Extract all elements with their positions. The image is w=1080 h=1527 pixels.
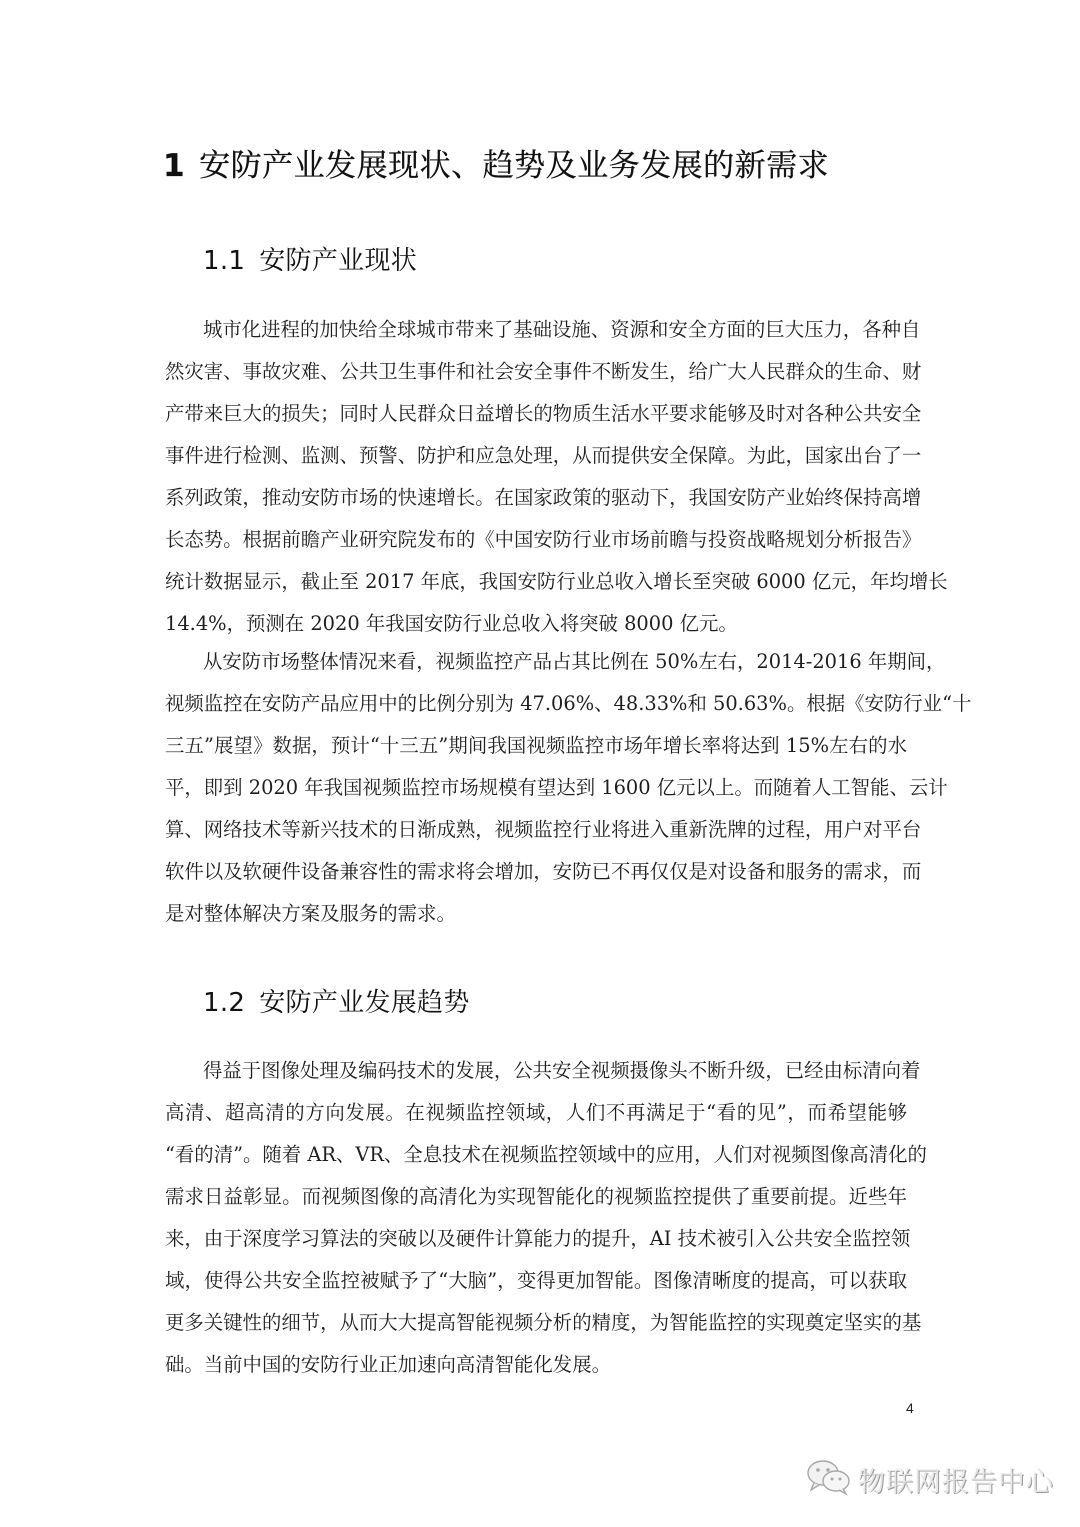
text-line: 产带来巨大的损失；同时人民群众日益增长的物质生活水平要求能够及时对各种公共安全 — [165, 393, 907, 435]
watermark-text: 物联网报告中心 — [858, 1460, 1054, 1499]
text-line: 需求日益彰显。而视频图像的高清化为实现智能化的视频监控提供了重要前提。近些年 — [165, 1176, 907, 1218]
heading-1-number: 1 — [163, 148, 185, 184]
heading-1-1-number: 1.1 — [203, 246, 245, 276]
heading-1-1: 1.1安防产业现状 — [203, 240, 417, 277]
text-line: 算、网络技术等新兴技术的日渐成熟，视频监控行业将进入重新洗牌的过程，用户对平台 — [165, 809, 907, 851]
heading-1-1-title: 安防产业现状 — [259, 246, 417, 276]
wechat-icon — [806, 1458, 852, 1500]
page-number: 4 — [906, 1400, 914, 1416]
text-line: 城市化进程的加快给全球城市带来了基础设施、资源和安全方面的巨大压力，各种自 — [165, 309, 907, 351]
document-page: 1安防产业发展现状、趋势及业务发展的新需求 1.1安防产业现状 城市化进程的加快… — [0, 0, 1080, 1527]
text-line: 软件以及软硬件设备兼容性的需求将会增加，安防已不再仅仅是对设备和服务的需求，而 — [165, 851, 907, 893]
text-line: 统计数据显示，截止至 2017 年底，我国安防行业总收入增长至突破 6000 亿… — [165, 561, 907, 603]
heading-1-title: 安防产业发展现状、趋势及业务发展的新需求 — [199, 148, 829, 184]
heading-1-2-title: 安防产业发展趋势 — [259, 988, 469, 1018]
heading-1-2: 1.2安防产业发展趋势 — [203, 982, 470, 1019]
text-line: “看的清”。随着 AR、VR、全息技术在视频监控领域中的应用，人们对视频图像高清… — [165, 1134, 907, 1176]
text-line: 是对整体解决方案及服务的需求。 — [165, 893, 907, 935]
text-line: 础。当前中国的安防行业正加速向高清智能化发展。 — [165, 1344, 907, 1386]
paragraph-1-1-b: 从安防市场整体情况来看，视频监控产品占其比例在 50%左右，2014-2016 … — [165, 641, 907, 935]
heading-1-2-number: 1.2 — [203, 988, 245, 1018]
text-line: 系列政策，推动安防市场的快速增长。在国家政策的驱动下，我国安防产业始终保持高增 — [165, 477, 907, 519]
watermark: 物联网报告中心 — [806, 1458, 1054, 1500]
text-line: 14.4%，预测在 2020 年我国安防行业总收入将突破 8000 亿元。 — [165, 603, 907, 645]
text-line: 平，即到 2020 年我国视频监控市场规模有望达到 1600 亿元以上。而随着人… — [165, 767, 907, 809]
text-line: 来，由于深度学习算法的突破以及硬件计算能力的提升，AI 技术被引入公共安全监控领 — [165, 1218, 907, 1260]
paragraph-1-1-a: 城市化进程的加快给全球城市带来了基础设施、资源和安全方面的巨大压力，各种自 然灾… — [165, 309, 907, 645]
text-line: 域，使得公共安全监控被赋予了“大脑”，变得更加智能。图像清晰度的提高，可以获取 — [165, 1260, 907, 1302]
text-line: 视频监控在安防产品应用中的比例分别为 47.06%、48.33%和 50.63%… — [165, 683, 907, 725]
text-line: 得益于图像处理及编码技术的发展，公共安全视频摄像头不断升级，已经由标清向着 — [165, 1050, 907, 1092]
text-line: 长态势。根据前瞻产业研究院发布的《中国安防行业市场前瞻与投资战略规划分析报告》 — [165, 519, 907, 561]
text-line: 事件进行检测、监测、预警、防护和应急处理，从而提供安全保障。为此，国家出台了一 — [165, 435, 907, 477]
text-line: 三五”展望》数据，预计“十三五”期间我国视频监控市场年增长率将达到 15%左右的… — [165, 725, 907, 767]
heading-1: 1安防产业发展现状、趋势及业务发展的新需求 — [163, 140, 829, 185]
text-line: 然灾害、事故灾难、公共卫生事件和社会安全事件不断发生，给广大人民群众的生命、财 — [165, 351, 907, 393]
text-line: 更多关键性的细节，从而大大提高智能视频分析的精度，为智能监控的实现奠定坚实的基 — [165, 1302, 907, 1344]
paragraph-1-2-a: 得益于图像处理及编码技术的发展，公共安全视频摄像头不断升级，已经由标清向着 高清… — [165, 1050, 907, 1386]
text-line: 高清、超高清的方向发展。在视频监控领域，人们不再满足于“看的见”，而希望能够 — [165, 1092, 907, 1134]
text-line: 从安防市场整体情况来看，视频监控产品占其比例在 50%左右，2014-2016 … — [165, 641, 907, 683]
